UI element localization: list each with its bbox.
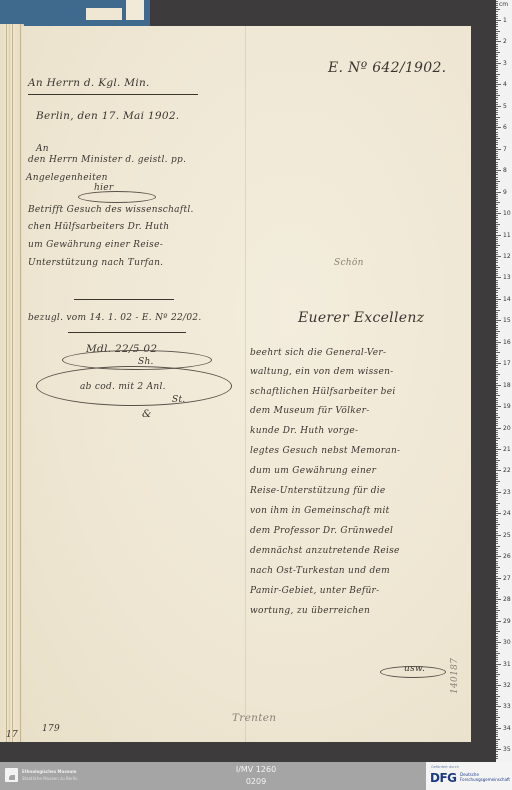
- ruler-cm-label: 1: [503, 17, 507, 24]
- ruler-tick: [496, 726, 498, 727]
- ruler-cm-label: 11: [503, 232, 511, 239]
- ruler-tick: [496, 219, 498, 220]
- ruler-tick: [496, 1, 498, 2]
- ruler-cm-label: 34: [503, 725, 511, 732]
- ruler-tick: [496, 563, 498, 564]
- ruler-tick: [496, 159, 500, 160]
- ruler-tick: [496, 548, 498, 549]
- ruler-tick: [496, 743, 498, 744]
- ruler-tick: [496, 119, 498, 120]
- ruler-tick: [496, 509, 498, 510]
- ruler-tick: [496, 361, 498, 362]
- ruler-tick: [496, 250, 498, 251]
- ruler-tick: [496, 498, 498, 499]
- ruler-tick: [496, 415, 498, 416]
- ruler-tick: [496, 603, 498, 604]
- ruler-cm-label: 3: [503, 60, 507, 67]
- ruler-tick: [496, 157, 498, 158]
- ruler-tick: [496, 642, 501, 643]
- ruler-tick: [496, 121, 498, 122]
- ruler-tick: [496, 310, 500, 311]
- ruler-tick: [496, 367, 498, 368]
- ruler-tick: [496, 196, 498, 197]
- ruler-tick: [496, 132, 498, 133]
- ruler-cm-label: 31: [503, 661, 511, 668]
- ruler-tick: [496, 286, 498, 287]
- ruler-tick: [496, 522, 498, 523]
- ruler-tick: [496, 503, 500, 504]
- ruler-tick: [496, 355, 498, 356]
- ruler-tick: [496, 533, 498, 534]
- ruler-tick: [496, 320, 501, 321]
- ruler-tick: [496, 303, 498, 304]
- ruler-tick: [496, 162, 498, 163]
- dfg-name-line: Forschungsgemeinschaft: [460, 777, 510, 782]
- ruler-tick: [496, 734, 498, 735]
- vertical-stamp-number: 140187: [450, 658, 460, 694]
- ruler-tick: [496, 340, 498, 341]
- ruler-cm-label: 33: [503, 703, 511, 710]
- ruler-tick: [496, 335, 498, 336]
- ruler-tick: [496, 668, 498, 669]
- ruler-tick: [496, 183, 498, 184]
- reference-line: bezugl. vom 14. 1. 02 - E. Nº 22/02.: [28, 313, 202, 323]
- ruler-cm-label: 32: [503, 682, 511, 689]
- ruler-tick: [496, 473, 498, 474]
- ruler-tick: [496, 78, 498, 79]
- ruler-tick: [496, 754, 498, 755]
- ruler-tick: [496, 646, 498, 647]
- body-line: wortung, zu überreichen: [250, 606, 370, 616]
- ruler-tick: [496, 93, 498, 94]
- ruler-tick: [496, 37, 498, 38]
- ruler-tick: [496, 337, 498, 338]
- ruler-tick: [496, 265, 498, 266]
- ruler-tick: [496, 140, 498, 141]
- dfg-full-name: Deutsche Forschungsgemeinschaft: [460, 772, 510, 782]
- ruler-tick: [496, 462, 498, 463]
- leaf-number: 17: [6, 730, 18, 740]
- ruler-tick: [496, 89, 498, 90]
- ruler-tick: [496, 614, 498, 615]
- ruler-tick: [496, 174, 498, 175]
- ruler-tick: [496, 189, 498, 190]
- ruler-tick: [496, 129, 498, 130]
- ruler-tick: [496, 374, 500, 375]
- ruler-tick: [496, 14, 498, 15]
- ruler-tick: [496, 325, 498, 326]
- ruler-tick: [496, 318, 498, 319]
- ruler-tick: [496, 606, 498, 607]
- ruler-tick: [496, 110, 498, 111]
- ruler-tick: [496, 357, 498, 358]
- ruler-tick: [496, 389, 498, 390]
- body-line: demnächst anzutretende Reise: [250, 546, 400, 556]
- ruler-cm-label: 20: [503, 425, 511, 432]
- ruler-tick: [496, 277, 501, 278]
- page-fold: [245, 26, 246, 742]
- body-line: nach Ost-Turkestan und dem: [250, 566, 390, 576]
- ruler-tick: [496, 239, 498, 240]
- ruler-tick: [496, 172, 498, 173]
- ruler-cm-label: 25: [503, 532, 511, 539]
- ruler-tick: [496, 537, 498, 538]
- ruler-tick: [496, 541, 498, 542]
- ruler-tick: [496, 623, 498, 624]
- ruler-tick: [496, 747, 498, 748]
- ruler-tick: [496, 280, 498, 281]
- ruler-tick: [496, 275, 498, 276]
- footer-bar: Ethnologisches Museum Staatliche Museen …: [0, 762, 512, 790]
- ruler-cm-label: 6: [503, 124, 507, 131]
- ruler-tick: [496, 108, 498, 109]
- ruler-unit-label: cm: [499, 1, 508, 8]
- ruler-tick: [496, 455, 498, 456]
- paper-scrap: [126, 0, 144, 20]
- ruler-tick: [496, 539, 498, 540]
- ruler-tick: [496, 591, 498, 592]
- ruler-cm-label: 8: [503, 167, 507, 174]
- ruler-tick: [496, 425, 498, 426]
- ruler-tick: [496, 370, 498, 371]
- ruler-tick: [496, 224, 500, 225]
- ruler-tick: [496, 466, 498, 467]
- ruler-tick: [496, 52, 500, 53]
- ruler-tick: [496, 398, 498, 399]
- ruler-tick: [496, 593, 498, 594]
- ruler-tick: [496, 490, 498, 491]
- place-date: Berlin, den 17. Mai 1902.: [36, 110, 179, 122]
- ruler-tick: [496, 666, 498, 667]
- ruler-tick: [496, 751, 498, 752]
- ruler-tick: [496, 74, 500, 75]
- ruler-tick: [496, 363, 501, 364]
- ruler-tick: [496, 59, 498, 60]
- ruler-tick: [496, 33, 498, 34]
- ruler-tick: [496, 756, 498, 757]
- ruler-tick: [496, 400, 498, 401]
- ruler-tick: [496, 331, 500, 332]
- ruler-tick: [496, 625, 498, 626]
- ruler-tick: [496, 295, 498, 296]
- ruler-tick: [496, 440, 498, 441]
- dfg-logo: DFG: [430, 771, 457, 785]
- ruler-tick: [496, 698, 498, 699]
- ruler-tick: [496, 82, 498, 83]
- ruler-tick: [496, 706, 501, 707]
- ruler-tick: [496, 470, 501, 471]
- ruler-tick: [496, 728, 501, 729]
- ruler-tick: [496, 428, 501, 429]
- ruler-tick: [496, 385, 501, 386]
- ruler-tick: [496, 125, 498, 126]
- ruler-tick: [496, 507, 498, 508]
- ruler-tick: [496, 689, 498, 690]
- ruler-tick: [496, 406, 501, 407]
- ruler-tick: [496, 350, 498, 351]
- ruler-tick: [496, 9, 500, 10]
- ruler-cm-label: 27: [503, 575, 511, 582]
- ruler-tick: [496, 685, 501, 686]
- ruler-tick: [496, 164, 498, 165]
- ruler-tick: [496, 741, 498, 742]
- ruler-tick: [496, 282, 498, 283]
- body-line: Reise-Unterstützung für die: [250, 486, 386, 496]
- ruler-tick: [496, 256, 501, 257]
- ruler-tick: [496, 209, 498, 210]
- ruler-tick: [496, 713, 498, 714]
- ruler-tick: [496, 408, 498, 409]
- ruler-tick: [496, 327, 498, 328]
- ruler-tick: [496, 505, 498, 506]
- ruler-tick: [496, 552, 498, 553]
- ruler-tick: [496, 267, 500, 268]
- ruler-tick: [496, 674, 500, 675]
- ruler-tick: [496, 576, 498, 577]
- ruler-tick: [496, 144, 498, 145]
- ruler-tick: [496, 709, 498, 710]
- ruler-tick: [496, 305, 498, 306]
- ruler-tick: [496, 380, 498, 381]
- ruler-tick: [496, 241, 498, 242]
- ruler-tick: [496, 76, 498, 77]
- ruler-cm-label: 13: [503, 274, 511, 281]
- subject-line: chen Hülfsarbeiters Dr. Huth: [28, 222, 169, 232]
- ruler-tick: [496, 254, 498, 255]
- ruler-tick: [496, 485, 498, 486]
- ruler-tick: [496, 31, 500, 32]
- ruler-tick: [496, 342, 501, 343]
- heading-recipient: An Herrn d. Kgl. Min.: [28, 77, 150, 89]
- ruler-tick: [496, 204, 498, 205]
- ruler-tick: [496, 629, 498, 630]
- ruler-tick: [496, 513, 501, 514]
- ruler-tick: [496, 616, 498, 617]
- ruler-tick: [496, 16, 498, 17]
- ruler-tick: [496, 243, 498, 244]
- ruler-tick: [496, 179, 498, 180]
- ruler-tick: [496, 3, 498, 4]
- ruler-tick: [496, 20, 501, 21]
- ruler-tick: [496, 636, 498, 637]
- ruler-tick: [496, 745, 498, 746]
- ruler-tick: [496, 681, 498, 682]
- ruler-tick: [496, 71, 498, 72]
- ruler-tick: [496, 483, 498, 484]
- ruler-tick: [496, 610, 500, 611]
- ruler-tick: [496, 226, 498, 227]
- ruler-tick: [496, 526, 498, 527]
- registry-number: E. Nº 642/1902.: [328, 60, 446, 76]
- ruler-tick: [496, 702, 498, 703]
- ruler-tick: [496, 676, 498, 677]
- heading-underline: [28, 94, 198, 95]
- ruler-cm-label: 23: [503, 489, 511, 496]
- ruler-tick: [496, 61, 498, 62]
- ruler-tick: [496, 54, 498, 55]
- ruler-tick: [496, 166, 498, 167]
- ruler-tick: [496, 307, 498, 308]
- ruler-tick: [496, 561, 498, 562]
- ruler-tick: [496, 535, 501, 536]
- ruler-tick: [496, 556, 501, 557]
- subject-line: um Gewährung einer Reise-: [28, 240, 163, 250]
- ruler-tick: [496, 149, 501, 150]
- ruler-tick: [496, 500, 498, 501]
- ruler-tick: [496, 582, 498, 583]
- ruler-tick: [496, 262, 498, 263]
- scanned-archive-image: 17 E. Nº 642/1902. An Herrn d. Kgl. Min.…: [0, 0, 512, 762]
- ruler-tick: [496, 136, 498, 137]
- ruler-tick: [496, 664, 501, 665]
- ruler-tick: [496, 421, 498, 422]
- body-line: legtes Gesuch nebst Memoran-: [250, 446, 400, 456]
- ruler-tick: [496, 187, 498, 188]
- leaf-edge: [20, 24, 21, 742]
- ruler-tick: [496, 299, 501, 300]
- ruler-tick: [496, 376, 498, 377]
- ruler-tick: [496, 106, 501, 107]
- ruler-cm-label: 12: [503, 253, 511, 260]
- ruler-tick: [496, 46, 498, 47]
- ruler-tick: [496, 217, 498, 218]
- ruler-tick: [496, 230, 498, 231]
- ruler-tick: [496, 153, 498, 154]
- body-line: schaftlichen Hülfsarbeiter bei: [250, 387, 396, 397]
- ruler-tick: [496, 237, 498, 238]
- ruler-tick: [496, 558, 498, 559]
- ruler-tick: [496, 758, 498, 759]
- ruler-tick: [496, 653, 500, 654]
- addressee-line: den Herrn Minister d. geistl. pp.: [28, 155, 186, 165]
- ruler-cm-label: 19: [503, 403, 511, 410]
- ruler-tick: [496, 393, 498, 394]
- ruler-tick: [496, 177, 498, 178]
- ruler-tick: [496, 531, 498, 532]
- ruler-tick: [496, 346, 498, 347]
- ruler-tick: [496, 207, 498, 208]
- ruler-tick: [496, 430, 498, 431]
- ruler-tick: [496, 584, 498, 585]
- ruler-tick: [496, 202, 500, 203]
- ruler-tick: [496, 7, 498, 8]
- ruler-tick: [496, 138, 500, 139]
- faint-pencil-note: Schön: [334, 258, 364, 268]
- ruler-cm-label: 15: [503, 317, 511, 324]
- ruler-cm-label: 10: [503, 210, 511, 217]
- ruler-tick: [496, 84, 501, 85]
- ruler-tick: [496, 687, 498, 688]
- ruler-tick: [496, 651, 498, 652]
- ruler-tick: [496, 477, 498, 478]
- ruler-tick: [496, 543, 498, 544]
- ruler-tick: [496, 168, 498, 169]
- ruler-tick: [496, 640, 498, 641]
- ruler-tick: [496, 417, 500, 418]
- ruler-tick: [496, 475, 498, 476]
- ruler-tick: [496, 50, 498, 51]
- ruler-tick: [496, 724, 498, 725]
- folio-number: 179: [42, 724, 60, 734]
- ruler-tick: [496, 601, 498, 602]
- ruler-tick: [496, 679, 498, 680]
- ruler-tick: [496, 329, 498, 330]
- ruler-tick: [496, 395, 500, 396]
- ruler-tick: [496, 99, 498, 100]
- ruler-tick: [496, 127, 501, 128]
- ruler-tick: [496, 554, 498, 555]
- ruler-tick: [496, 181, 500, 182]
- ruler-tick: [496, 657, 498, 658]
- addressee-line: Angelegenheiten: [26, 173, 108, 183]
- ruler-tick: [496, 258, 498, 259]
- ruler-tick: [496, 344, 498, 345]
- ruler-tick: [496, 432, 498, 433]
- ruler-tick: [496, 730, 498, 731]
- ruler-tick: [496, 597, 498, 598]
- ruler-tick: [496, 683, 498, 684]
- ruler-tick: [496, 580, 498, 581]
- dfg-funding-badge: Gefördert durch DFG Deutsche Forschungsg…: [426, 762, 512, 790]
- ruler-tick: [496, 588, 500, 589]
- ruler-tick: [496, 114, 498, 115]
- addressee-prefix: An: [36, 144, 49, 154]
- ruler-tick: [496, 95, 500, 96]
- ink-oval: [36, 366, 232, 406]
- ink-oval: [78, 191, 156, 203]
- ruler-tick: [496, 284, 498, 285]
- funded-by-label: Gefördert durch: [431, 765, 459, 769]
- ruler-tick: [496, 479, 498, 480]
- ruler-tick: [496, 24, 498, 25]
- ruler-tick: [496, 458, 498, 459]
- ruler-tick: [496, 235, 501, 236]
- ruler-tick: [496, 608, 498, 609]
- ink-oval: [380, 666, 446, 678]
- ruler-tick: [496, 314, 498, 315]
- ruler-tick: [496, 571, 498, 572]
- ruler-tick: [496, 460, 500, 461]
- ruler-tick: [496, 170, 501, 171]
- ruler-tick: [496, 5, 498, 6]
- ruler-tick: [496, 520, 498, 521]
- ruler-tick: [496, 736, 498, 737]
- ruler-tick: [496, 404, 498, 405]
- ruler-tick: [496, 365, 498, 366]
- ruler-tick: [496, 423, 498, 424]
- ruler-tick: [496, 586, 498, 587]
- ruler-tick: [496, 97, 498, 98]
- ruler-tick: [496, 11, 498, 12]
- ruler-tick: [496, 711, 498, 712]
- leaf-edge: [12, 24, 13, 742]
- ruler-tick: [496, 147, 498, 148]
- ruler-tick: [496, 638, 498, 639]
- ruler-tick: [496, 322, 498, 323]
- ruler-tick: [496, 213, 501, 214]
- ruler-tick: [496, 691, 498, 692]
- ruler-tick: [496, 348, 498, 349]
- ruler-cm-label: 7: [503, 146, 507, 153]
- ruler-tick: [496, 151, 498, 152]
- ruler-tick: [496, 700, 498, 701]
- ruler-tick: [496, 627, 498, 628]
- ruler-tick: [496, 578, 501, 579]
- ruler-tick: [496, 333, 498, 334]
- ruler-tick: [496, 732, 498, 733]
- ruler-tick: [496, 721, 498, 722]
- ruler-tick: [496, 694, 498, 695]
